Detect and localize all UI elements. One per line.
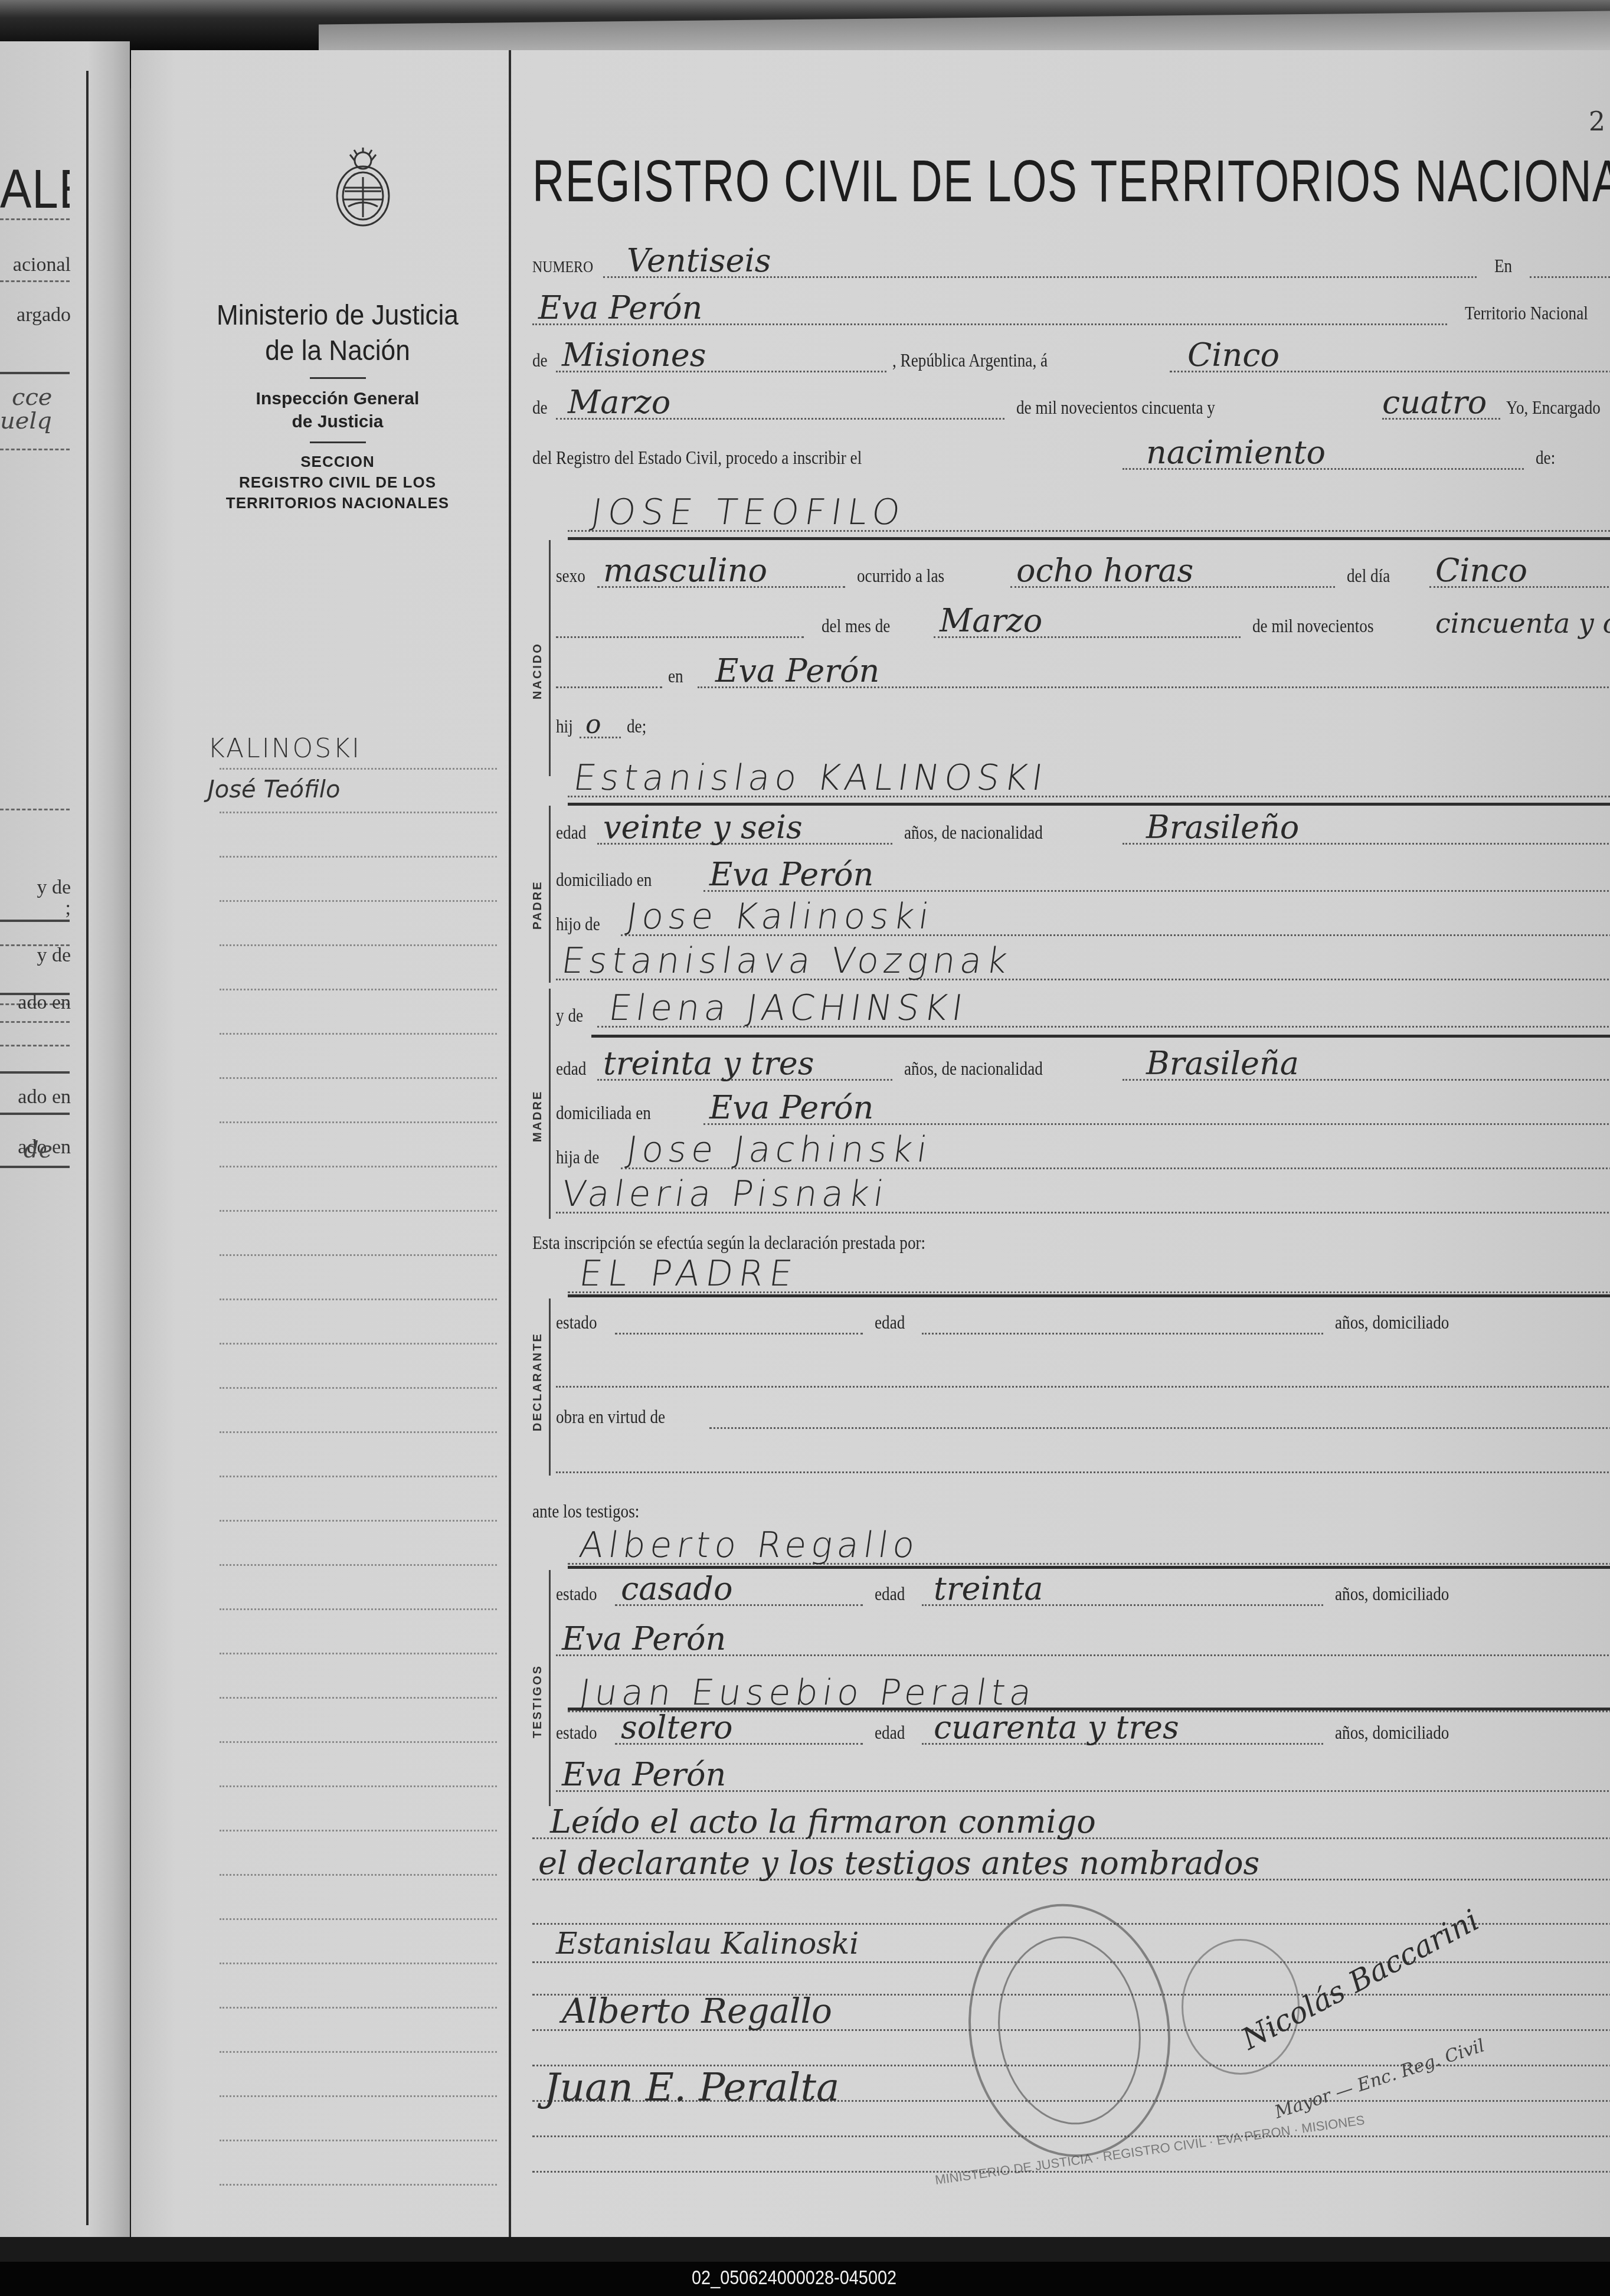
edad-label: edad <box>556 1058 586 1080</box>
witness-2-signature: Juan E. Peralta <box>544 2065 839 2110</box>
ruled-line <box>220 2184 497 2186</box>
y-de-label: y de <box>556 1005 583 1026</box>
ruled-line <box>220 1387 497 1389</box>
month-value: Marzo <box>568 384 670 421</box>
declarante-extra-field[interactable] <box>556 1471 1610 1473</box>
sexo-label: sexo <box>556 565 585 587</box>
dia-label: del día <box>1347 565 1390 587</box>
witness-1-signature: Alberto Regallo <box>562 1991 832 2031</box>
territory-value: Misiones <box>562 336 706 374</box>
declarante-virtud-field[interactable] <box>709 1427 1610 1429</box>
ruled-line <box>220 1564 497 1566</box>
de-label: de <box>532 349 548 371</box>
blank-field[interactable] <box>556 636 804 638</box>
sexo-value: masculino <box>603 552 767 589</box>
ruled-line <box>220 1210 497 1212</box>
form-title: REGISTRO CIVIL DE LOS TERRITORIOS NACION… <box>532 148 1610 216</box>
edad-label: edad <box>875 1722 905 1744</box>
witness-1-name-line: Alberto Regallo <box>532 1520 1610 1567</box>
witness-1-estado-value: casado <box>621 1570 732 1607</box>
obra-en-virtud-label: obra en virtud de <box>556 1406 665 1428</box>
father-name-line: Estanislao KALINOSKI <box>532 753 1610 800</box>
declarante-estado-line: estado edad años, domiciliado <box>532 1301 1610 1337</box>
book-gutter <box>89 41 130 2237</box>
previous-page-label: ado en <box>18 1086 71 1108</box>
father-edad-value: veinte y seis <box>603 809 803 846</box>
edad-label: edad <box>556 822 586 843</box>
ruled-line <box>0 218 70 220</box>
ruled-line <box>220 1741 497 1743</box>
testigos-label: ante los testigos: <box>532 1500 639 1522</box>
mother-parents-line: hija de Jose Jachinski y <box>532 1136 1610 1172</box>
year-value: cuatro <box>1382 384 1487 421</box>
father-name-value: Estanislao KALINOSKI <box>571 757 1050 799</box>
section-label: SECCION <box>172 452 503 472</box>
birth-record-form: 2 REGISTRO CIVIL DE LOS TERRITORIOS NACI… <box>521 50 1610 2237</box>
closing-line-2: el declarante y los testigos antes nombr… <box>532 1847 1610 1883</box>
mother-name-value: Elena JACHINSKI <box>606 987 970 1029</box>
ruled-line <box>0 809 70 810</box>
ruled-line <box>220 1431 497 1433</box>
en-label: en <box>668 665 683 687</box>
ruled-line <box>0 920 70 922</box>
mother-name-line: y de Elena JACHINSKI <box>532 995 1610 1030</box>
section-rule <box>568 537 1610 540</box>
ruled-line <box>220 2051 497 2053</box>
ruled-line <box>220 1874 497 1876</box>
ruled-line <box>0 1166 70 1168</box>
nacionalidad-label: años, de nacionalidad <box>904 822 1043 843</box>
page-header-column: Ministerio de Justicia de la Nación Insp… <box>131 50 509 2237</box>
ruled-line <box>0 280 70 282</box>
previous-page-label: argado <box>17 304 71 326</box>
ruled-line <box>0 449 70 450</box>
coat-of-arms-icon <box>330 148 395 230</box>
margin-note-given-names: José Teófilo <box>208 776 340 803</box>
ruled-line <box>220 1077 497 1079</box>
witness-1-name-value: Alberto Regallo <box>577 1525 922 1566</box>
ruled-line <box>220 1254 497 1256</box>
inspection-line1: Inspección General <box>172 387 503 410</box>
anio-continued-field[interactable] <box>556 686 662 688</box>
ruled-line <box>0 1113 70 1115</box>
hijo-de-label: hijo de <box>556 913 600 935</box>
hijo-suffix-value: o <box>585 709 601 740</box>
mother-edad-line: edad treinta y tres años, de nacionalida… <box>532 1048 1610 1083</box>
mother-domicilio-value: Eva Perón <box>709 1089 873 1126</box>
previous-page-label: y de <box>37 876 71 899</box>
numero-line: NUMERO Ventiseis En <box>532 245 1610 280</box>
father-parents-line: hijo de Jose Kalinoski y <box>532 903 1610 938</box>
ruled-line <box>220 1033 497 1035</box>
ruled-line <box>220 1299 497 1300</box>
hija-de-label: hija de <box>556 1146 599 1168</box>
mes-label: del mes de <box>822 615 890 637</box>
column-divider <box>509 50 511 2237</box>
ruled-line <box>220 2140 497 2141</box>
child-name-value: JOSE TEOFILO <box>588 492 908 533</box>
anios-domiciliado-label: años, domiciliado <box>1335 1311 1449 1333</box>
mes-value: Marzo <box>940 602 1042 639</box>
closing-text-1: Leído el acto la firmaron conmigo <box>550 1803 1096 1840</box>
declarante-line: EL PADRE <box>532 1254 1610 1296</box>
declarante-virtud-line: obra en virtud de <box>532 1396 1610 1431</box>
de-colon-label: de: <box>1536 447 1555 469</box>
closing-text-2: el declarante y los testigos antes nombr… <box>538 1844 1259 1882</box>
declarante-extra-line <box>532 1440 1610 1476</box>
declarante-estado-field[interactable] <box>615 1333 863 1335</box>
ruled-line <box>220 1343 497 1345</box>
witness-2-edad-value: cuarenta y tres <box>934 1709 1179 1746</box>
previous-page-label: ; <box>66 897 71 920</box>
act-type-line: del Registro del Estado Civil, procedo a… <box>532 437 1610 472</box>
witness-1-edad-value: treinta <box>934 1570 1043 1607</box>
registry-page: Ministerio de Justicia de la Nación Insp… <box>131 50 1610 2237</box>
ruled-line <box>0 1071 70 1074</box>
hora-value: ocho horas <box>1016 552 1193 589</box>
place-line: en Eva Perón <box>532 655 1610 691</box>
dia-value: Cinco <box>1435 552 1527 589</box>
ruled-line <box>220 1918 497 1920</box>
anio-value: cincuenta y cuatro <box>1435 607 1610 639</box>
ruled-line <box>220 1476 497 1477</box>
father-edad-line: edad veinte y seis años, de nacionalidad… <box>532 812 1610 847</box>
previous-page: ALES acional argado cce uelq y de ; y de… <box>0 41 130 2237</box>
divider <box>310 441 366 443</box>
child-name-line: JOSE TEOFILO <box>532 487 1610 534</box>
ruled-line <box>0 1045 70 1046</box>
numero-value: Ventiseis <box>627 242 771 279</box>
territory-line: de Misiones , República Argentina, á Cin… <box>532 339 1610 375</box>
section-line1: REGISTRO CIVIL DE LOS <box>172 472 503 493</box>
witness-1-estado-line: estado casado edad treinta años, domicil… <box>532 1573 1610 1608</box>
ruled-line <box>220 1830 497 1831</box>
witness-2-estado-line: estado soltero edad cuarenta y tres años… <box>532 1712 1610 1747</box>
father-domicilio-line: domiciliado en Eva Perón <box>532 859 1610 894</box>
previous-page-handwriting: de <box>24 1136 53 1163</box>
declaracion-label: Esta inscripción se efectúa según la dec… <box>532 1232 925 1254</box>
de-label: de; <box>627 715 646 737</box>
declarante-domicilio-line <box>532 1355 1610 1390</box>
ruled-line <box>220 768 497 770</box>
previous-page-label: acional <box>13 254 71 276</box>
domiciliada-label: domiciliada en <box>556 1102 651 1124</box>
ruled-line <box>220 1653 497 1654</box>
ministry-name-line2: de la Nación <box>185 333 489 369</box>
witness-2-domicilio-value: Eva Perón <box>562 1756 726 1793</box>
ministry-header: Ministerio de Justicia de la Nación Insp… <box>172 298 503 514</box>
witness-2-estado-value: soltero <box>621 1709 732 1746</box>
mother-mother-line: Valeria Pisnaki <box>532 1180 1610 1216</box>
ruled-line <box>220 1697 497 1699</box>
witness-2-domicilio-line: Eva Perón <box>532 1759 1610 1794</box>
anios-domiciliado-label: años, domiciliado <box>1335 1722 1449 1744</box>
maternal-grandfather-value: Jose Jachinski <box>624 1129 934 1170</box>
mes-line: del mes de Marzo de mil novecientos cinc… <box>532 605 1610 640</box>
nacionalidad-label: años, de nacionalidad <box>904 1058 1043 1080</box>
act-type-value: nacimiento <box>1146 434 1326 471</box>
ruled-line <box>220 2095 497 2097</box>
ruled-line <box>0 1021 70 1023</box>
witness-1-domicilio-line: Eva Perón <box>532 1623 1610 1659</box>
ruled-line <box>220 1608 497 1610</box>
edad-label: edad <box>875 1583 905 1605</box>
ruled-line <box>220 900 497 902</box>
locality-line: Eva Perón Territorio Nacional <box>532 292 1610 328</box>
registry-label: del Registro del Estado Civil, procedo a… <box>532 447 862 469</box>
section-rule <box>591 1035 1610 1038</box>
hijo-line: hij o de; <box>532 705 1610 741</box>
day-value: Cinco <box>1187 336 1280 374</box>
ruled-line <box>220 1785 497 1787</box>
section-rule <box>568 803 1610 806</box>
anio-label: de mil novecientos <box>1252 615 1373 637</box>
witness-1-domicilio-value: Eva Perón <box>562 1620 726 1657</box>
declarante-edad-field[interactable] <box>922 1333 1323 1335</box>
margin-note-surname: KALINOSKI <box>208 734 361 764</box>
previous-page-label: ado en <box>18 992 71 1014</box>
estado-label: estado <box>556 1311 597 1333</box>
page-number: 2 <box>1589 109 1605 135</box>
estado-label: estado <box>556 1722 597 1744</box>
paternal-grandfather-value: Jose Kalinoski <box>624 896 936 937</box>
previous-page-label: y de <box>37 944 71 967</box>
ruled-line <box>220 944 497 946</box>
yo-encargado-label: Yo, Encargado <box>1506 397 1601 418</box>
declarante-value: EL PADRE <box>577 1253 800 1294</box>
scan-id-caption: 02_050624000028-045002 <box>692 2266 896 2290</box>
territorio-label: Territorio Nacional <box>1465 302 1588 324</box>
mother-edad-value: treinta y tres <box>603 1045 814 1082</box>
ruled-line <box>220 2007 497 2009</box>
father-nacionalidad-value: Brasileño <box>1146 809 1299 846</box>
father-mother-line: Estanislava Vozgnak <box>532 947 1610 983</box>
month-label: de <box>532 397 548 418</box>
mother-domicilio-line: domiciliada en Eva Perón <box>532 1092 1610 1127</box>
declarante-domicilio-field[interactable] <box>556 1386 1610 1388</box>
ministry-name-line1: Ministerio de Justicia <box>185 298 489 333</box>
domicilio-label: domiciliado en <box>556 869 652 891</box>
section-line2: TERRITORIOS NACIONALES <box>172 493 503 514</box>
ruled-line <box>220 1121 497 1123</box>
maternal-grandmother-value: Valeria Pisnaki <box>559 1173 891 1215</box>
previous-page-handwriting: uelq <box>0 407 52 434</box>
ruled-line <box>220 856 497 858</box>
father-domicilio-value: Eva Perón <box>709 856 873 893</box>
estado-label: estado <box>556 1583 597 1605</box>
mother-nacionalidad-value: Brasileña <box>1146 1045 1299 1082</box>
locality-value: Eva Perón <box>538 289 702 326</box>
hijo-label: hij <box>556 715 573 737</box>
inspection-line2: de Justicia <box>172 410 503 433</box>
ruled-line <box>532 2171 1610 2173</box>
en-label: En <box>1494 255 1512 277</box>
ruled-line <box>220 812 497 813</box>
section-rule <box>568 1566 1610 1569</box>
section-rule <box>568 1294 1610 1297</box>
republica-label: , República Argentina, á <box>892 349 1048 371</box>
ruled-line <box>220 1963 497 1964</box>
edad-label: edad <box>875 1311 905 1333</box>
numero-label: NUMERO <box>532 258 593 277</box>
paternal-grandmother-value: Estanislava Vozgnak <box>559 940 1015 982</box>
previous-page-title-fragment: ALES <box>0 158 70 221</box>
declaracion-line: Esta inscripción se efectúa según la dec… <box>532 1222 1610 1257</box>
declarant-signature: Estanislau Kalinoski <box>556 1927 859 1961</box>
anios-domiciliado-label: años, domiciliado <box>1335 1583 1449 1605</box>
ruled-line <box>0 372 70 374</box>
closing-line-1: Leído el acto la firmaron conmigo <box>532 1806 1610 1842</box>
sexo-line: sexo masculino ocurrido a las ocho horas… <box>532 555 1610 590</box>
ruled-line <box>220 1166 497 1167</box>
scan-caption-bar: 02_050624000028-045002 <box>0 2262 1610 2296</box>
place-value: Eva Perón <box>715 652 879 689</box>
year-label: de mil novecientos cincuenta y <box>1016 397 1215 418</box>
en-field[interactable] <box>1530 276 1610 278</box>
ocurrido-label: ocurrido a las <box>857 565 944 587</box>
ruled-line <box>220 989 497 990</box>
divider <box>310 377 366 379</box>
date-line: de Marzo de mil novecientos cincuenta y … <box>532 387 1610 422</box>
ruled-line <box>220 1520 497 1522</box>
